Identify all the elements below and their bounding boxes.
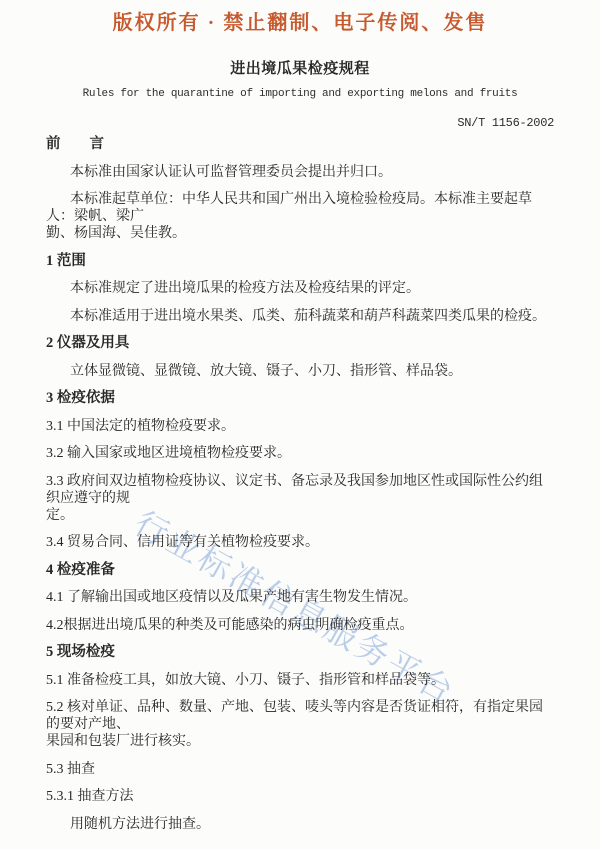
text-line: 5.2 核对单证、品种、数量、产地、包装、唛头等内容是否货证相符，有指定果园的要… [46,699,553,733]
clause-3-4: 3.4 贸易合同、信用证等有关植物检疫要求。 [46,534,553,551]
clause-5-1: 5.1 准备检疫工具，如放大镜、小刀、镊子、指形管和样品袋等。 [46,672,553,689]
clause-4-1: 4.1 了解输出国或地区疫情以及瓜果产地有害生物发生情况。 [46,589,553,606]
section-2-heading: 2 仪器及用具 [46,335,553,352]
clause-3-2: 3.2 输入国家或地区进境植物检疫要求。 [46,445,553,462]
document-body: 前 言 本标准由国家认证认可监督管理委员会提出并归口。 本标准起草单位：中华人民… [46,136,553,843]
document-title-en: Rules for the quarantine of importing an… [0,88,600,100]
document-page: 行业标准信息服务平台 版权所有 · 禁止翻制、电子传阅、发售 进出境瓜果检疫规程… [0,0,600,849]
section-1-para-1: 本标准规定了进出境瓜果的检疫方法及检疫结果的评定。 [46,280,553,297]
clause-5-2: 5.2 核对单证、品种、数量、产地、包装、唛头等内容是否货证相符，有指定果园的要… [46,699,553,750]
text-line: 定。 [46,507,553,524]
clause-5-3-1: 5.3.1 抽查方法 [46,788,553,805]
section-3-heading: 3 检疫依据 [46,390,553,407]
copyright-banner: 版权所有 · 禁止翻制、电子传阅、发售 [0,6,600,35]
section-5-heading: 5 现场检疫 [46,644,553,661]
text-line: 3.3 政府间双边植物检疫协议、议定书、备忘录及我国参加地区性或国际性公约组织应… [46,473,553,507]
text-line: 果园和包装厂进行核实。 [46,733,553,750]
section-1-para-2: 本标准适用于进出境水果类、瓜类、茄科蔬菜和葫芦科蔬菜四类瓜果的检疫。 [46,308,553,325]
foreword-para-drafters: 本标准起草单位：中华人民共和国广州出入境检验检疫局。本标准主要起草人：梁帆、梁广… [46,191,553,242]
clause-5-3-1-para: 用随机方法进行抽查。 [46,816,553,833]
clause-3-3: 3.3 政府间双边植物检疫协议、议定书、备忘录及我国参加地区性或国际性公约组织应… [46,473,553,524]
document-title-zh: 进出境瓜果检疫规程 [0,57,600,78]
clause-3-1: 3.1 中国法定的植物检疫要求。 [46,418,553,435]
section-4-heading: 4 检疫准备 [46,562,553,579]
clause-5-3: 5.3 抽查 [46,761,553,778]
foreword-heading: 前 言 [46,136,553,153]
foreword-para-issuer: 本标准由国家认证认可监督管理委员会提出并归口。 [46,164,553,181]
text-line: 本标准起草单位：中华人民共和国广州出入境检验检疫局。本标准主要起草人：梁帆、梁广 [46,191,553,225]
text-line: 勤、杨国海、吴佳教。 [46,225,553,242]
section-1-heading: 1 范围 [46,253,553,270]
clause-4-2: 4.2根据进出境瓜果的种类及可能感染的病虫明确检疫重点。 [46,617,553,634]
section-2-para: 立体显微镜、显微镜、放大镜、镊子、小刀、指形管、样品袋。 [46,363,553,380]
standard-number: SN/T 1156-2002 [457,116,554,130]
